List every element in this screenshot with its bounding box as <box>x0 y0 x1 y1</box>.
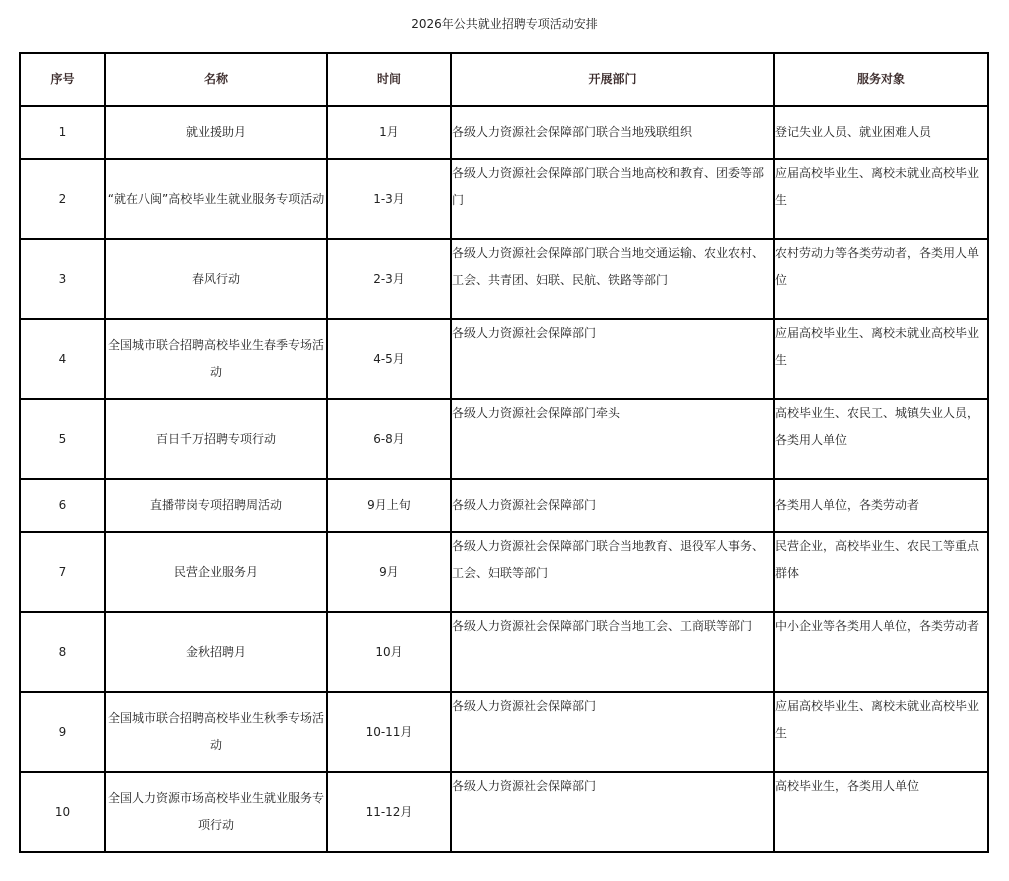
cell-time: 2-3月 <box>327 239 451 319</box>
cell-department: 各级人力资源社会保障部门牵头 <box>451 399 774 479</box>
table-row: 6 直播带岗专项招聘周活动 9月上旬 各级人力资源社会保障部门 各类用人单位，各… <box>20 479 988 532</box>
table-header-row: 序号 名称 时间 开展部门 服务对象 <box>20 53 988 106</box>
cell-time: 4-5月 <box>327 319 451 399</box>
cell-target: 各类用人单位，各类劳动者 <box>774 479 988 532</box>
cell-index: 8 <box>20 612 105 692</box>
document-title: 2026年公共就业招聘专项活动安排 <box>0 14 1009 34</box>
cell-target: 应届高校毕业生、离校未就业高校毕业生 <box>774 692 988 772</box>
cell-index: 5 <box>20 399 105 479</box>
cell-name: “就在八闽”高校毕业生就业服务专项活动 <box>105 159 327 239</box>
cell-target: 农村劳动力等各类劳动者，各类用人单位 <box>774 239 988 319</box>
cell-department: 各级人力资源社会保障部门 <box>451 692 774 772</box>
table-row: 10 全国人力资源市场高校毕业生就业服务专项行动 11-12月 各级人力资源社会… <box>20 772 988 852</box>
cell-time: 6-8月 <box>327 399 451 479</box>
cell-name: 直播带岗专项招聘周活动 <box>105 479 327 532</box>
cell-department: 各级人力资源社会保障部门 <box>451 319 774 399</box>
table-row: 2 “就在八闽”高校毕业生就业服务专项活动 1-3月 各级人力资源社会保障部门联… <box>20 159 988 239</box>
cell-index: 7 <box>20 532 105 612</box>
cell-department: 各级人力资源社会保障部门联合当地交通运输、农业农村、工会、共青团、妇联、民航、铁… <box>451 239 774 319</box>
cell-index: 4 <box>20 319 105 399</box>
cell-time: 10月 <box>327 612 451 692</box>
table-row: 3 春风行动 2-3月 各级人力资源社会保障部门联合当地交通运输、农业农村、工会… <box>20 239 988 319</box>
cell-time: 9月 <box>327 532 451 612</box>
activity-schedule-table: 序号 名称 时间 开展部门 服务对象 1 就业援助月 1月 各级人力资源社会保障… <box>19 52 989 853</box>
cell-name: 春风行动 <box>105 239 327 319</box>
table-row: 9 全国城市联合招聘高校毕业生秋季专场活动 10-11月 各级人力资源社会保障部… <box>20 692 988 772</box>
cell-index: 10 <box>20 772 105 852</box>
table-row: 1 就业援助月 1月 各级人力资源社会保障部门联合当地残联组织 登记失业人员、就… <box>20 106 988 159</box>
cell-index: 3 <box>20 239 105 319</box>
table-row: 7 民营企业服务月 9月 各级人力资源社会保障部门联合当地教育、退役军人事务、工… <box>20 532 988 612</box>
cell-time: 10-11月 <box>327 692 451 772</box>
cell-name: 金秋招聘月 <box>105 612 327 692</box>
cell-target: 高校毕业生，各类用人单位 <box>774 772 988 852</box>
cell-department: 各级人力资源社会保障部门 <box>451 479 774 532</box>
cell-department: 各级人力资源社会保障部门联合当地高校和教育、团委等部门 <box>451 159 774 239</box>
cell-index: 9 <box>20 692 105 772</box>
table-row: 4 全国城市联合招聘高校毕业生春季专场活动 4-5月 各级人力资源社会保障部门 … <box>20 319 988 399</box>
header-time: 时间 <box>327 53 451 106</box>
cell-name: 全国城市联合招聘高校毕业生春季专场活动 <box>105 319 327 399</box>
header-target: 服务对象 <box>774 53 988 106</box>
header-index: 序号 <box>20 53 105 106</box>
cell-target: 高校毕业生、农民工、城镇失业人员，各类用人单位 <box>774 399 988 479</box>
header-department: 开展部门 <box>451 53 774 106</box>
table-row: 5 百日千万招聘专项行动 6-8月 各级人力资源社会保障部门牵头 高校毕业生、农… <box>20 399 988 479</box>
cell-index: 6 <box>20 479 105 532</box>
cell-name: 全国人力资源市场高校毕业生就业服务专项行动 <box>105 772 327 852</box>
cell-name: 全国城市联合招聘高校毕业生秋季专场活动 <box>105 692 327 772</box>
cell-target: 应届高校毕业生、离校未就业高校毕业生 <box>774 159 988 239</box>
cell-index: 1 <box>20 106 105 159</box>
cell-department: 各级人力资源社会保障部门 <box>451 772 774 852</box>
cell-target: 登记失业人员、就业困难人员 <box>774 106 988 159</box>
cell-department: 各级人力资源社会保障部门联合当地工会、工商联等部门 <box>451 612 774 692</box>
cell-index: 2 <box>20 159 105 239</box>
cell-target: 中小企业等各类用人单位，各类劳动者 <box>774 612 988 692</box>
cell-time: 11-12月 <box>327 772 451 852</box>
cell-time: 1-3月 <box>327 159 451 239</box>
cell-target: 应届高校毕业生、离校未就业高校毕业生 <box>774 319 988 399</box>
cell-name: 民营企业服务月 <box>105 532 327 612</box>
cell-department: 各级人力资源社会保障部门联合当地残联组织 <box>451 106 774 159</box>
table-row: 8 金秋招聘月 10月 各级人力资源社会保障部门联合当地工会、工商联等部门 中小… <box>20 612 988 692</box>
cell-department: 各级人力资源社会保障部门联合当地教育、退役军人事务、工会、妇联等部门 <box>451 532 774 612</box>
header-name: 名称 <box>105 53 327 106</box>
cell-target: 民营企业，高校毕业生、农民工等重点群体 <box>774 532 988 612</box>
cell-name: 就业援助月 <box>105 106 327 159</box>
cell-name: 百日千万招聘专项行动 <box>105 399 327 479</box>
cell-time: 9月上旬 <box>327 479 451 532</box>
cell-time: 1月 <box>327 106 451 159</box>
